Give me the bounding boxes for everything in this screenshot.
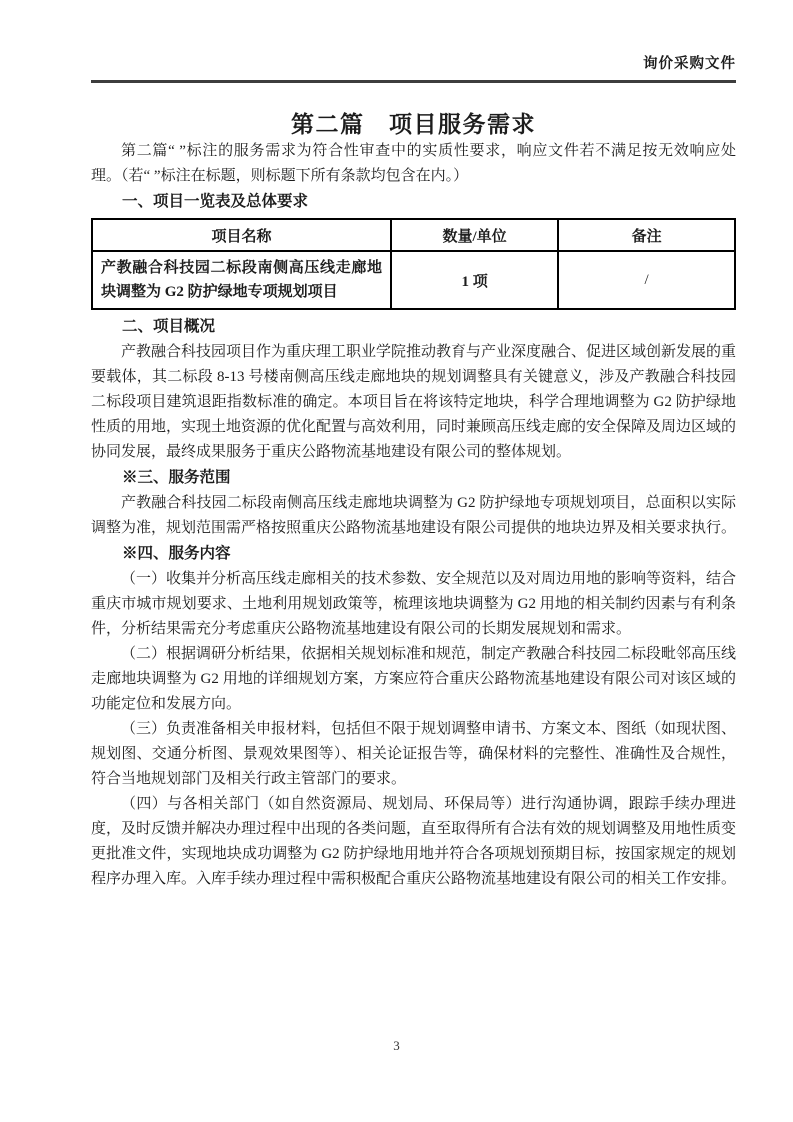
service-item-3: （三）负责准备相关申报材料，包括但不限于规划调整申请书、方案文本、图纸（如现状图… <box>91 717 736 792</box>
table-header-quantity-unit: 数量/单位 <box>391 219 558 251</box>
service-item-2: （二）根据调研分析结果，依据相关规划标准和规范，制定产教融合科技园二标段毗邻高压… <box>91 642 736 717</box>
section-heading-1: 一、项目一览表及总体要求 <box>91 189 736 215</box>
section-heading-4: ※四、服务内容 <box>91 541 736 567</box>
table-cell-remark: / <box>558 251 735 309</box>
table-header-row: 项目名称 数量/单位 备注 <box>92 219 735 251</box>
intro-paragraph: 第二篇“ ”标注的服务需求为符合性审查中的实质性要求，响应文件若不满足按无效响应… <box>91 139 736 189</box>
doc-type-label: 询价采购文件 <box>643 56 736 72</box>
section-3-paragraph: 产教融合科技园二标段南侧高压线走廊地块调整为 G2 防护绿地专项规划项目，总面积… <box>91 491 736 541</box>
section-2-paragraph: 产教融合科技园项目作为重庆理工职业学院推动教育与产业深度融合、促进区域创新发展的… <box>91 340 736 465</box>
project-overview-table: 项目名称 数量/单位 备注 产教融合科技园二标段南侧高压线走廊地块调整为 G2 … <box>91 218 736 310</box>
page-content: 询价采购文件 第二篇 项目服务需求 第二篇“ ”标注的服务需求为符合性审查中的实… <box>91 52 736 892</box>
section-heading-2: 二、项目概况 <box>91 314 736 340</box>
table-header-remarks: 备注 <box>558 219 735 251</box>
page-title: 第二篇 项目服务需求 <box>91 106 736 139</box>
table-cell-quantity: 1 项 <box>391 251 558 309</box>
service-item-4: （四）与各相关部门（如自然资源局、规划局、环保局等）进行沟通协调，跟踪手续办理进… <box>91 792 736 892</box>
document-page: 询价采购文件 第二篇 项目服务需求 第二篇“ ”标注的服务需求为符合性审查中的实… <box>0 0 793 1122</box>
page-number: 3 <box>0 1038 793 1054</box>
running-header: 询价采购文件 <box>91 52 736 83</box>
service-item-1: （一）收集并分析高压线走廊相关的技术参数、安全规范以及对周边用地的影响等资料，结… <box>91 567 736 642</box>
table-row: 产教融合科技园二标段南侧高压线走廊地块调整为 G2 防护绿地专项规划项目 1 项… <box>92 251 735 309</box>
table-cell-project-name: 产教融合科技园二标段南侧高压线走廊地块调整为 G2 防护绿地专项规划项目 <box>92 251 391 309</box>
table-header-project-name: 项目名称 <box>92 219 391 251</box>
section-heading-3: ※三、服务范围 <box>91 465 736 491</box>
